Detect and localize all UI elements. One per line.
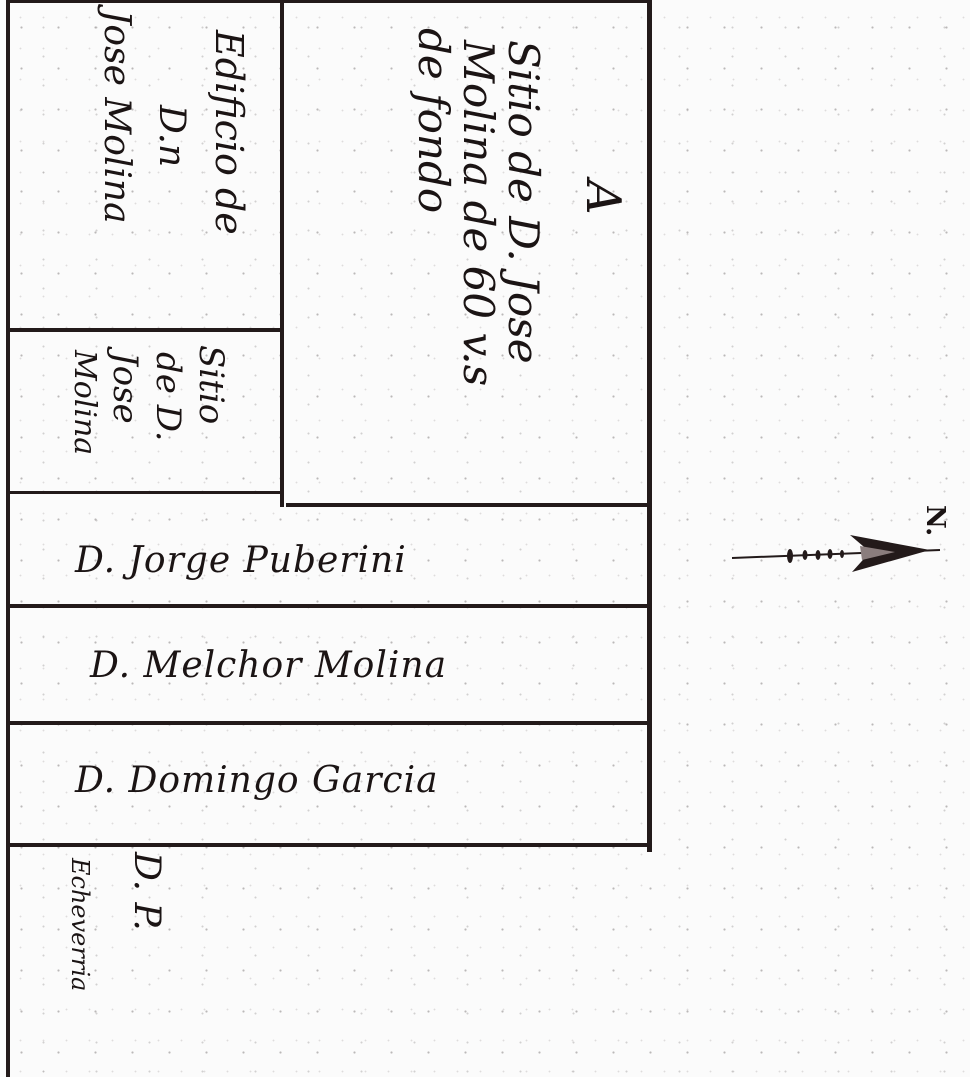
lot-a-line-1: Sitio de D. Jose — [501, 40, 545, 364]
sitio-line-3: Jose — [106, 352, 142, 424]
left-border-line — [6, 0, 10, 1077]
lot-puberini-label: D. Jorge Puberini — [75, 540, 407, 581]
divider-melchor-domingo — [8, 721, 650, 725]
top-border-line — [6, 0, 652, 3]
compass — [730, 530, 945, 580]
north-arrow-icon — [730, 530, 945, 580]
divider-domingo-bottom — [8, 843, 652, 847]
divider-sitio-bottom — [6, 491, 280, 494]
lot-a-line-2: Molina de 60 v.s — [456, 40, 500, 386]
lot-melchor-label: D. Melchor Molina — [90, 645, 447, 686]
divider-puberini-melchor — [8, 604, 650, 608]
north-label: N. — [921, 505, 948, 536]
sitio-line-2: de D. — [149, 352, 185, 442]
sitio-line-1: Sitio — [192, 345, 228, 424]
sitio-line-4: Molina — [69, 350, 101, 455]
echeverria-line-1: D. P. — [127, 852, 165, 931]
inner-vertical-line — [280, 0, 284, 507]
edificio-line-1: Edificio de — [208, 30, 248, 235]
lot-domingo-label: D. Domingo Garcia — [75, 760, 439, 801]
divider-edificio-sitio — [6, 328, 284, 332]
echeverria-line-2: Echeverria — [67, 858, 92, 991]
lot-a-line-3: de fondo — [411, 28, 455, 213]
edificio-line-2: D.n — [152, 105, 190, 167]
divider-lot-a-bottom — [286, 503, 650, 507]
lot-a-marker: A — [578, 180, 628, 215]
edificio-line-3: Jose Molina — [97, 10, 135, 224]
